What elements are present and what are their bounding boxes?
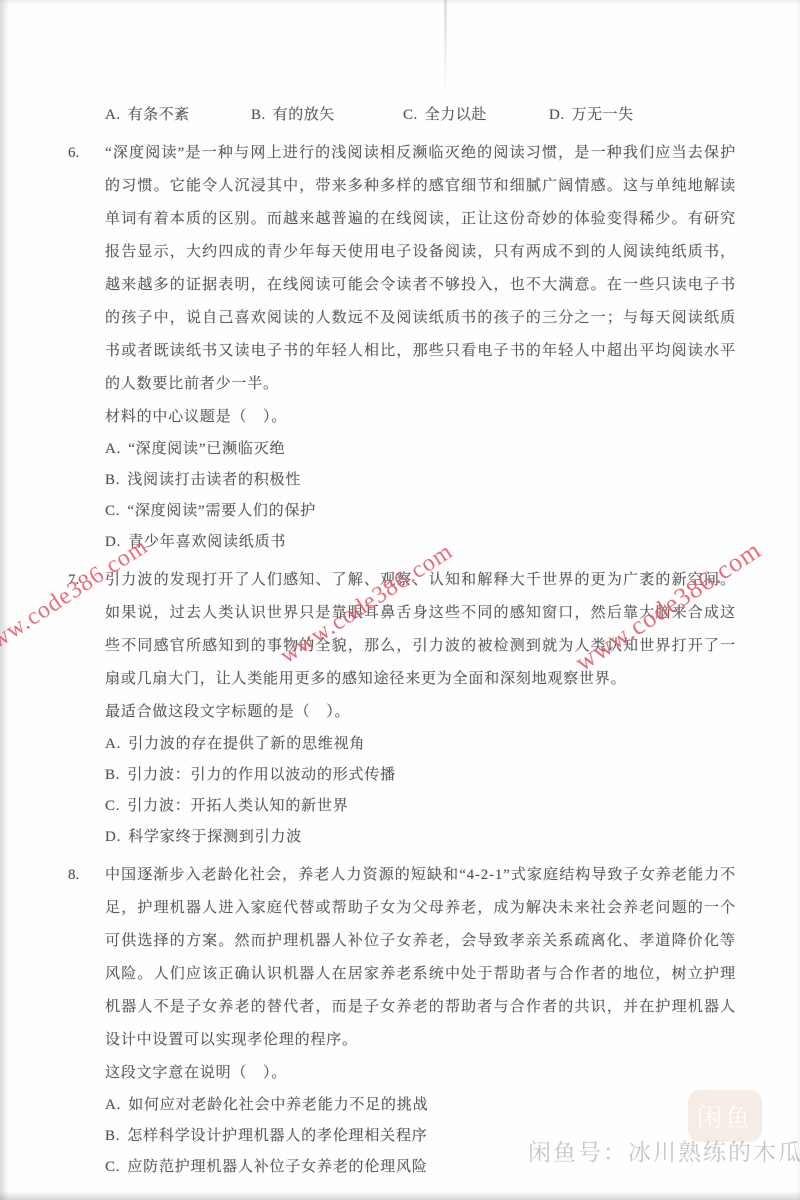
question-number: 6. [68, 137, 105, 558]
option-key: B. [105, 767, 120, 783]
question-passage: “深度阅读”是一种与网上进行的浅阅读相反濒临灭绝的阅读习惯，是一种我们应当去保护… [105, 137, 736, 401]
question-options: A.引力波的存在提供了新的思维视角 B.引力波：引力的作用以波动的形式传播 C.… [105, 729, 736, 853]
option-text: 浅阅读打击读者的积极性 [127, 472, 301, 488]
question-options: A.“深度阅读”已濒临灭绝 B.浅阅读打击读者的积极性 C.“深度阅读”需要人们… [105, 434, 736, 558]
option-key: A. [105, 736, 121, 752]
option-key: C. [105, 1159, 120, 1175]
question-number: 8. [68, 859, 105, 1183]
scan-edge-bottom [0, 1191, 800, 1200]
option-text: “深度阅读”需要人们的保护 [127, 503, 316, 519]
scanned-exam-page: A.有条不紊 B.有的放矢 C.全力以赴 D.万无一失 6. “深度阅读”是一种… [0, 0, 800, 1200]
option-a: A.有条不紊 [105, 100, 251, 131]
option-text: 万无一失 [572, 107, 634, 123]
scan-edge-right [795, 0, 800, 1200]
seller-watermark-text: 闲鱼号：冰川熟练的木瓜 [528, 1134, 800, 1167]
option-text: 引力波：引力的作用以波动的形式传播 [127, 767, 396, 783]
option-text: 如何应对老龄化社会中养老能力不足的挑战 [128, 1097, 428, 1113]
question-stem: 这段文字意在说明（ ）。 [105, 1057, 736, 1090]
option-text: 全力以赴 [425, 107, 487, 123]
option-b: B.引力波：引力的作用以波动的形式传播 [105, 760, 736, 791]
option-key: A. [105, 107, 121, 123]
option-text: “深度阅读”已濒临灭绝 [128, 441, 285, 457]
option-key: B. [105, 472, 120, 488]
paper-crease [444, 0, 447, 92]
option-key: D. [105, 829, 121, 845]
question-7: 7. 引力波的发现打开了人们感知、了解、观察、认知和解释大千世界的更为广袤的新空… [68, 564, 736, 853]
question-passage: 引力波的发现打开了人们感知、了解、观察、认知和解释大千世界的更为广袤的新空间。如… [105, 564, 736, 696]
option-key: C. [403, 107, 418, 123]
question-stem: 最适合做这段文字标题的是（ ）。 [105, 696, 736, 729]
option-key: B. [105, 1128, 120, 1144]
option-text: 有的放矢 [273, 107, 335, 123]
option-text: 科学家终于探测到引力波 [128, 829, 302, 845]
option-key: A. [105, 1097, 121, 1113]
scan-edge-left [0, 0, 9, 1200]
option-text: 引力波：开拓人类认知的新世界 [127, 798, 348, 814]
option-key: D. [105, 534, 121, 550]
option-key: C. [105, 798, 120, 814]
option-d: D.青少年喜欢阅读纸质书 [105, 527, 736, 558]
option-text: 青少年喜欢阅读纸质书 [128, 534, 286, 550]
option-c: C.全力以赴 [403, 100, 549, 131]
option-text: 怎样科学设计护理机器人的孝伦理相关程序 [127, 1128, 427, 1144]
exam-content: A.有条不紊 B.有的放矢 C.全力以赴 D.万无一失 6. “深度阅读”是一种… [68, 100, 736, 1183]
question-number: 7. [68, 564, 105, 853]
option-b: B.有的放矢 [251, 100, 403, 131]
option-d: D.万无一失 [549, 100, 736, 131]
question-stem: 材料的中心议题是（ ）。 [105, 401, 736, 434]
option-key: D. [549, 107, 565, 123]
option-key: A. [105, 441, 121, 457]
option-b: B.浅阅读打击读者的积极性 [105, 465, 736, 496]
xianyu-logo-text: 闲鱼 [697, 1098, 753, 1134]
carryover-options-row: A.有条不紊 B.有的放矢 C.全力以赴 D.万无一失 [105, 100, 736, 131]
option-text: 有条不紊 [128, 107, 190, 123]
scan-edge-top [0, 0, 800, 5]
option-a: A.如何应对老龄化社会中养老能力不足的挑战 [105, 1090, 736, 1121]
question-passage: 中国逐渐步入老龄化社会，养老人力资源的短缺和“4-2-1”式家庭结构导致子女养老… [105, 859, 736, 1057]
option-c: C.引力波：开拓人类认知的新世界 [105, 791, 736, 822]
option-text: 应防范护理机器人补位子女养老的伦理风险 [127, 1159, 427, 1175]
option-d: D.科学家终于探测到引力波 [105, 822, 736, 853]
option-text: 引力波的存在提供了新的思维视角 [128, 736, 365, 752]
option-a: A.“深度阅读”已濒临灭绝 [105, 434, 736, 465]
option-a: A.引力波的存在提供了新的思维视角 [105, 729, 736, 760]
option-key: C. [105, 503, 120, 519]
question-6: 6. “深度阅读”是一种与网上进行的浅阅读相反濒临灭绝的阅读习惯，是一种我们应当… [68, 137, 736, 558]
option-c: C.“深度阅读”需要人们的保护 [105, 496, 736, 527]
option-key: B. [251, 107, 266, 123]
